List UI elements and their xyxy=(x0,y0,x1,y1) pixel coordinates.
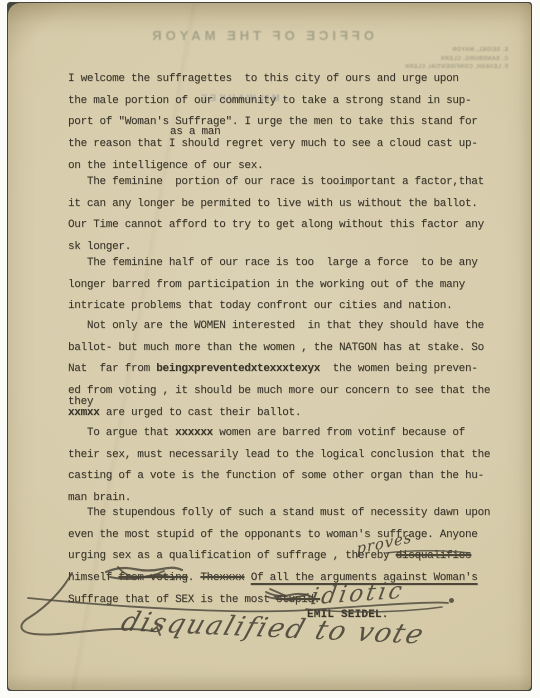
typed-text: The feminine portion of our race is tooi… xyxy=(68,176,484,253)
typed-xed-out-text: beingxpreventedxtexxxtexyx xyxy=(156,363,320,375)
typed-paragraph-3: The feminine half of our race is too lar… xyxy=(68,253,530,318)
letter-paper: OFFICE OF THE MAYOR E. SEIDEL, MAYOR C. … xyxy=(8,3,531,690)
pencil-struck-disqualifies: disqualifies xyxy=(396,550,472,562)
typed-text: are urged to cast their ballot. xyxy=(100,407,302,419)
typed-text: himself xyxy=(68,572,118,584)
typed-paragraph-1: I welcome the suffragettes to this city … xyxy=(68,69,530,178)
typed-paragraph-4: Not only are the WOMEN interested in tha… xyxy=(68,316,530,425)
bleedthrough-office-of-the-mayor: OFFICE OF THE MAYOR xyxy=(184,28,374,43)
typed-paragraph-5: To argue that xxxxxx women are barred fr… xyxy=(68,423,530,510)
typed-insert-they: they xyxy=(68,397,93,408)
pencil-struck-from-voting: from voting xyxy=(118,572,187,584)
typed-paragraph-2: The feminine portion of our race is tooi… xyxy=(68,172,530,259)
typed-paragraph-6: The stupendous folly of such a stand mus… xyxy=(68,503,530,612)
photo-frame: OFFICE OF THE MAYOR E. SEIDEL, MAYOR C. … xyxy=(0,0,540,698)
bleedthrough-officer-line: C. SANDBURG, CLERK xyxy=(400,55,508,64)
typed-text: I welcome the suffragettes to this city … xyxy=(68,73,478,172)
pencil-struck-thexxxx: Thexxxx xyxy=(200,572,244,584)
handwritten-period xyxy=(449,598,454,603)
typed-xed-out-word: xxmxx xyxy=(68,407,100,419)
typed-text: To argue that xyxy=(68,427,175,439)
bleedthrough-officer-list: E. SEIDEL, MAYOR C. SANDBURG, CLERK F. L… xyxy=(400,46,508,72)
bleedthrough-officer-line: E. SEIDEL, MAYOR xyxy=(400,46,508,55)
typed-text: . xyxy=(188,572,201,584)
typed-text: The feminine half of our race is too lar… xyxy=(68,257,478,312)
typed-insert-as-a-man: as a man xyxy=(170,127,220,138)
typed-text: Suffrage that of SEX is the most xyxy=(68,594,276,606)
typed-xed-out-word: xxxxxx xyxy=(175,427,213,439)
